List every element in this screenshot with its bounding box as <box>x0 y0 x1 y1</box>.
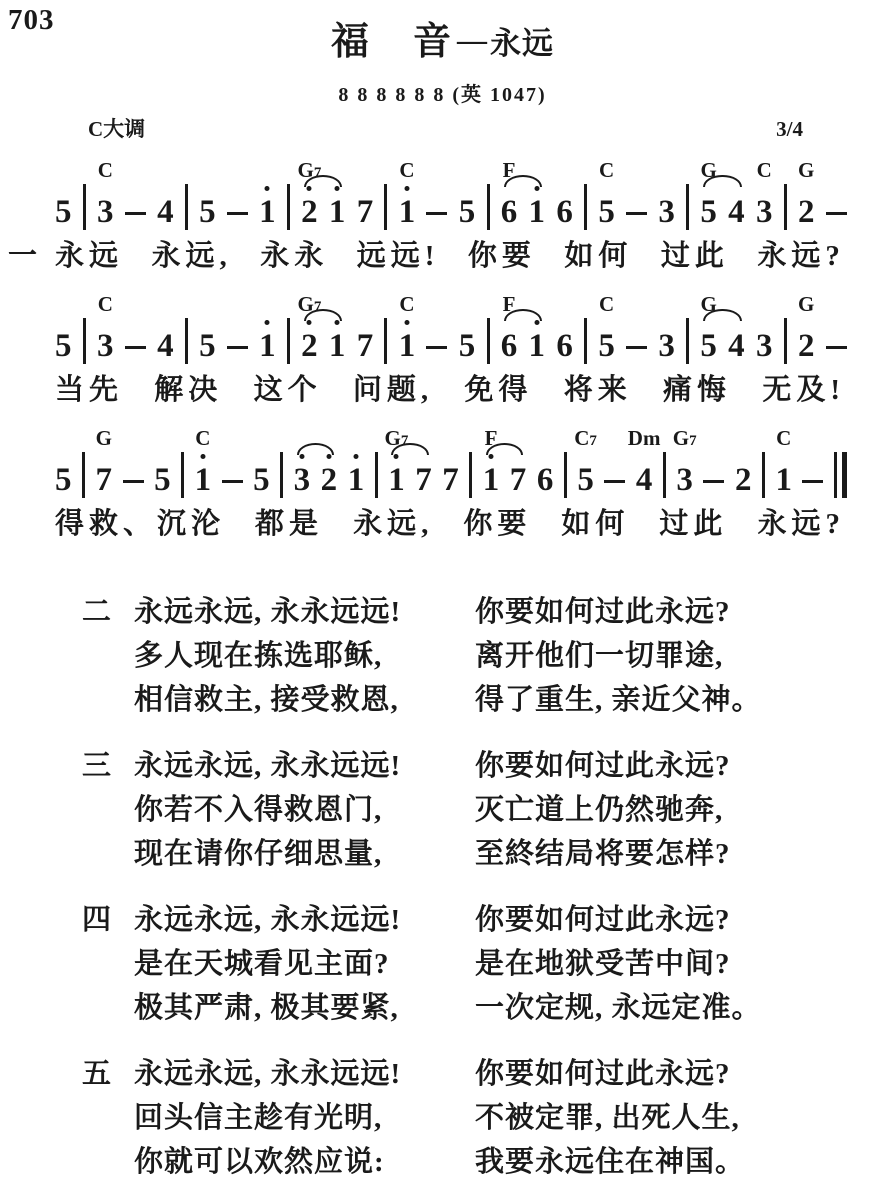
lyric-syllable-group: 免得 <box>464 370 532 410</box>
barline <box>287 284 290 364</box>
verse-line: 永远永远, 永永远远! <box>134 898 457 942</box>
octave-dot <box>335 320 340 325</box>
verse-line: 多人现在拣选耶稣, <box>134 634 457 678</box>
duration-dash <box>123 446 144 498</box>
verse-line: 一次定规, 永远定准。 <box>475 986 762 1030</box>
verse-left-column: 永远永远, 永永远远!多人现在拣选耶稣,相信救主, 接受救恩, <box>134 590 457 722</box>
lyric-groups: 永远永远,永永远远!你要如何过此永远? <box>55 236 845 276</box>
verse: 三永远永远, 永永远远!你若不入得救恩门,现在请你仔细思量,你要如何过此永远?灭… <box>82 744 885 876</box>
duration-dash <box>703 446 724 498</box>
note: C3 <box>756 160 773 230</box>
chord-label: G <box>798 294 814 315</box>
note: G72 <box>301 294 318 364</box>
note: 6 <box>556 160 573 230</box>
note: C1 <box>775 428 792 498</box>
verse-line: 回头信主趁有光明, <box>134 1096 457 1140</box>
duration-dash <box>227 312 248 364</box>
score-line-3: 5G75C15321G7177F176C75Dm4G732C1 <box>55 418 847 498</box>
verse-number: 三 <box>82 744 134 876</box>
note: G2 <box>798 294 815 364</box>
verse: 二永远永远, 永永远远!多人现在拣选耶稣,相信救主, 接受救恩,你要如何过此永远… <box>82 590 885 722</box>
hymn-title-dash: — <box>457 24 487 57</box>
note: G71 <box>388 428 405 498</box>
note: C75 <box>577 428 594 498</box>
verse-line: 得了重生, 亲近父神。 <box>475 678 762 722</box>
lyric-syllable-group: 痛悔 <box>663 370 731 410</box>
chord-label: G <box>798 160 814 181</box>
barline <box>384 284 387 364</box>
final-double-barline <box>834 418 847 498</box>
duration-dash <box>626 312 647 364</box>
note: 3 <box>756 294 773 364</box>
hymn-sheet-page: { "header": { "hymn_number": "703", "tit… <box>0 0 885 1195</box>
barline <box>584 150 587 230</box>
verse-number <box>8 370 55 410</box>
octave-dot <box>404 186 409 191</box>
verse-line: 你要如何过此永远? <box>475 744 731 788</box>
note: 5 <box>459 294 476 364</box>
note: C5 <box>598 160 615 230</box>
barline <box>686 150 689 230</box>
lyric-syllable-group: 永远? <box>757 504 845 544</box>
barline <box>469 418 472 498</box>
note: G2 <box>798 160 815 230</box>
note: 1 <box>259 160 276 230</box>
note: 4 <box>728 160 745 230</box>
note: 3 <box>658 294 675 364</box>
lyric-syllable-group: 永永 <box>260 236 328 276</box>
verse-line: 是在地狱受苦中间? <box>475 942 762 986</box>
key-time-row: C大调 3/4 <box>88 116 803 142</box>
verse-line: 灭亡道上仍然驰奔, <box>475 788 731 832</box>
verse-line: 永远永远, 永永远远! <box>134 590 457 634</box>
duration-dash <box>802 446 823 498</box>
octave-dot <box>265 320 270 325</box>
barline <box>784 150 787 230</box>
verse-line: 你若不入得救恩门, <box>134 788 457 832</box>
chord-label: C <box>98 294 113 315</box>
time-signature-label: 3/4 <box>776 116 803 142</box>
barline <box>384 150 387 230</box>
lyric-syllable-group: 远远! <box>357 236 440 276</box>
note: 7 <box>442 428 459 498</box>
note: G73 <box>676 428 693 498</box>
verse-line: 现在请你仔细思量, <box>134 832 457 876</box>
sung-lyric-line-3: 得救、沉沦都是永远,你要如何过此永远? <box>8 504 845 544</box>
verse-line: 你要如何过此永远? <box>475 898 762 942</box>
verse-line: 你要如何过此永远? <box>475 590 762 634</box>
verse-line: 永远永远, 永永远远! <box>134 744 457 788</box>
note: 1 <box>329 294 346 364</box>
duration-dash <box>125 312 146 364</box>
note: 7 <box>415 428 432 498</box>
verse-line: 不被定罪, 出死人生, <box>475 1096 745 1140</box>
note: 1 <box>529 160 546 230</box>
note: 6 <box>556 294 573 364</box>
duration-dash <box>125 178 146 230</box>
lyric-syllable-group: 这个 <box>254 370 322 410</box>
note: 6 <box>537 428 554 498</box>
hymn-title: 福 音—永远 <box>0 0 885 65</box>
duration-dash <box>222 446 243 498</box>
note: C3 <box>97 160 114 230</box>
lyric-syllable-group: 当先 <box>55 370 123 410</box>
note: 7 <box>357 160 374 230</box>
lyric-syllable-group: 解决 <box>154 370 222 410</box>
barline <box>82 418 85 498</box>
note: 4 <box>157 160 174 230</box>
verse-number <box>8 504 55 544</box>
lyric-syllable-group: 都是 <box>255 504 323 544</box>
verse-line: 至終结局将要怎样? <box>475 832 731 876</box>
note: F6 <box>501 160 518 230</box>
lyric-groups: 得救、沉沦都是永远,你要如何过此永远? <box>55 504 845 544</box>
chord-label: G7 <box>673 428 697 452</box>
octave-dot <box>200 454 205 459</box>
note: 7 <box>510 428 527 498</box>
barline <box>185 150 188 230</box>
barline <box>181 418 184 498</box>
meter-and-tune-reference: 8 8 8 8 8 8 (英 1047) <box>0 78 885 107</box>
note: 5 <box>253 428 270 498</box>
sung-lyric-line-1: 一 永远永远,永永远远!你要如何过此永远? <box>8 236 845 276</box>
verse-line: 永远永远, 永永远远! <box>134 1052 457 1096</box>
verses-section: 二永远永远, 永永远远!多人现在拣选耶稣,相信救主, 接受救恩,你要如何过此永远… <box>82 590 885 1184</box>
verse-line: 极其严肃, 极其要紧, <box>134 986 457 1030</box>
note: Dm4 <box>636 428 653 498</box>
octave-dot <box>353 454 358 459</box>
hymn-title-sub: 永远 <box>490 26 554 61</box>
verse-line: 是在天城看见主面? <box>134 942 457 986</box>
duration-dash <box>826 178 847 230</box>
verse-number: 四 <box>82 898 134 1030</box>
chord-label: C <box>599 294 614 315</box>
note: F1 <box>483 428 500 498</box>
verse-right-column: 你要如何过此永远?离开他们一切罪途,得了重生, 亲近父神。 <box>475 590 762 722</box>
duration-dash <box>604 446 625 498</box>
chord-label: C <box>599 160 614 181</box>
note: G72 <box>301 160 318 230</box>
lyric-syllable-group: 永远? <box>757 236 845 276</box>
barline <box>83 150 86 230</box>
lyric-syllable-group: 你要 <box>468 236 536 276</box>
lyric-syllable-group: 问题, <box>353 370 433 410</box>
verse-right-column: 你要如何过此永远?不被定罪, 出死人生,我要永远住在神国。 <box>475 1052 745 1184</box>
note: C3 <box>97 294 114 364</box>
note: 5 <box>154 428 171 498</box>
key-signature-label: C大调 <box>88 116 145 142</box>
verse-right-column: 你要如何过此永远?是在地狱受苦中间?一次定规, 永远定准。 <box>475 898 762 1030</box>
octave-dot <box>265 186 270 191</box>
note: 2 <box>735 428 752 498</box>
verse-line: 我要永远住在神国。 <box>475 1140 745 1184</box>
lyric-syllable-group: 如何 <box>561 504 629 544</box>
lyric-syllable-group: 永远, <box>353 504 433 544</box>
note: 2 <box>321 428 338 498</box>
note: 5 <box>55 160 72 230</box>
duration-dash <box>227 178 248 230</box>
chord-label: C <box>399 160 414 181</box>
verse-number: 五 <box>82 1052 134 1184</box>
hymn-number: 703 <box>8 4 55 37</box>
note: 1 <box>348 428 365 498</box>
barline <box>487 284 490 364</box>
chord-label: C <box>98 160 113 181</box>
note: 1 <box>529 294 546 364</box>
barline <box>686 284 689 364</box>
note: 5 <box>55 294 72 364</box>
note: 7 <box>357 294 374 364</box>
lyric-groups: 当先解决这个问题,免得将来痛悔无及! <box>55 370 845 410</box>
barline <box>185 284 188 364</box>
verse-number: 一 <box>8 236 55 276</box>
octave-dot <box>326 454 331 459</box>
note: G5 <box>700 294 717 364</box>
barline <box>375 418 378 498</box>
duration-dash <box>826 312 847 364</box>
note: G5 <box>700 160 717 230</box>
note: C1 <box>195 428 212 498</box>
lyric-syllable-group: 你要 <box>463 504 531 544</box>
verse-left-column: 永远永远, 永永远远!你若不入得救恩门,现在请你仔细思量, <box>134 744 457 876</box>
lyric-syllable-group: 将来 <box>564 370 632 410</box>
note: 1 <box>329 160 346 230</box>
note: 3 <box>294 428 311 498</box>
note: C1 <box>399 294 416 364</box>
verse-left-column: 永远永远, 永永远远!是在天城看见主面?极其严肃, 极其要紧, <box>134 898 457 1030</box>
hymn-title-main: 福 音 <box>331 21 454 63</box>
verse-line: 你就可以欢然应说: <box>134 1140 457 1184</box>
note: 4 <box>728 294 745 364</box>
lyric-syllable-group: 永远, <box>152 236 232 276</box>
octave-dot <box>534 186 539 191</box>
barline <box>287 150 290 230</box>
octave-dot <box>335 186 340 191</box>
verse-line: 相信救主, 接受救恩, <box>134 678 457 722</box>
chord-label: C <box>757 160 772 181</box>
note: 1 <box>259 294 276 364</box>
lyric-syllable-group: 永远 <box>55 236 123 276</box>
octave-dot <box>404 320 409 325</box>
lyric-syllable-group: 无及! <box>762 370 845 410</box>
chord-label: C <box>399 294 414 315</box>
duration-dash <box>626 178 647 230</box>
note: 5 <box>55 428 72 498</box>
note: C1 <box>399 160 416 230</box>
sung-lyric-line-2: 当先解决这个问题,免得将来痛悔无及! <box>8 370 845 410</box>
note: 4 <box>157 294 174 364</box>
lyric-syllable-group: 过此 <box>661 236 729 276</box>
barline <box>584 284 587 364</box>
note: G7 <box>96 428 113 498</box>
verse: 四永远永远, 永永远远!是在天城看见主面?极其严肃, 极其要紧,你要如何过此永远… <box>82 898 885 1030</box>
barline <box>83 284 86 364</box>
note: 5 <box>199 160 216 230</box>
verse-line: 你要如何过此永远? <box>475 1052 745 1096</box>
lyric-syllable-group: 过此 <box>659 504 727 544</box>
barline <box>487 150 490 230</box>
verse-line: 离开他们一切罪途, <box>475 634 762 678</box>
barline <box>663 418 666 498</box>
verse-number: 二 <box>82 590 134 722</box>
duration-dash <box>426 178 447 230</box>
lyric-syllable-group: 得救、沉沦 <box>55 504 225 544</box>
barline <box>280 418 283 498</box>
chord-label: C <box>776 428 791 449</box>
duration-dash <box>426 312 447 364</box>
lyric-syllable-group: 如何 <box>564 236 632 276</box>
score-line-2: 5C3451G7217C15F616C53G543G2 <box>55 284 847 364</box>
barline <box>564 418 567 498</box>
chord-label: G <box>96 428 112 449</box>
verse-right-column: 你要如何过此永远?灭亡道上仍然驰奔,至終结局将要怎样? <box>475 744 731 876</box>
chord-label: C7 <box>574 428 597 452</box>
note: 5 <box>199 294 216 364</box>
octave-dot <box>534 320 539 325</box>
note: F6 <box>501 294 518 364</box>
note: 3 <box>658 160 675 230</box>
verse: 五永远永远, 永永远远!回头信主趁有光明,你就可以欢然应说:你要如何过此永远?不… <box>82 1052 885 1184</box>
chord-label: C <box>195 428 210 449</box>
barline <box>784 284 787 364</box>
barline <box>762 418 765 498</box>
note: 5 <box>459 160 476 230</box>
score-line-1: 5C3451G7217C15F616C53G54C3G2 <box>55 150 847 230</box>
note: C5 <box>598 294 615 364</box>
verse-left-column: 永远永远, 永永远远!回头信主趁有光明,你就可以欢然应说: <box>134 1052 457 1184</box>
chord-label: Dm <box>628 428 661 449</box>
